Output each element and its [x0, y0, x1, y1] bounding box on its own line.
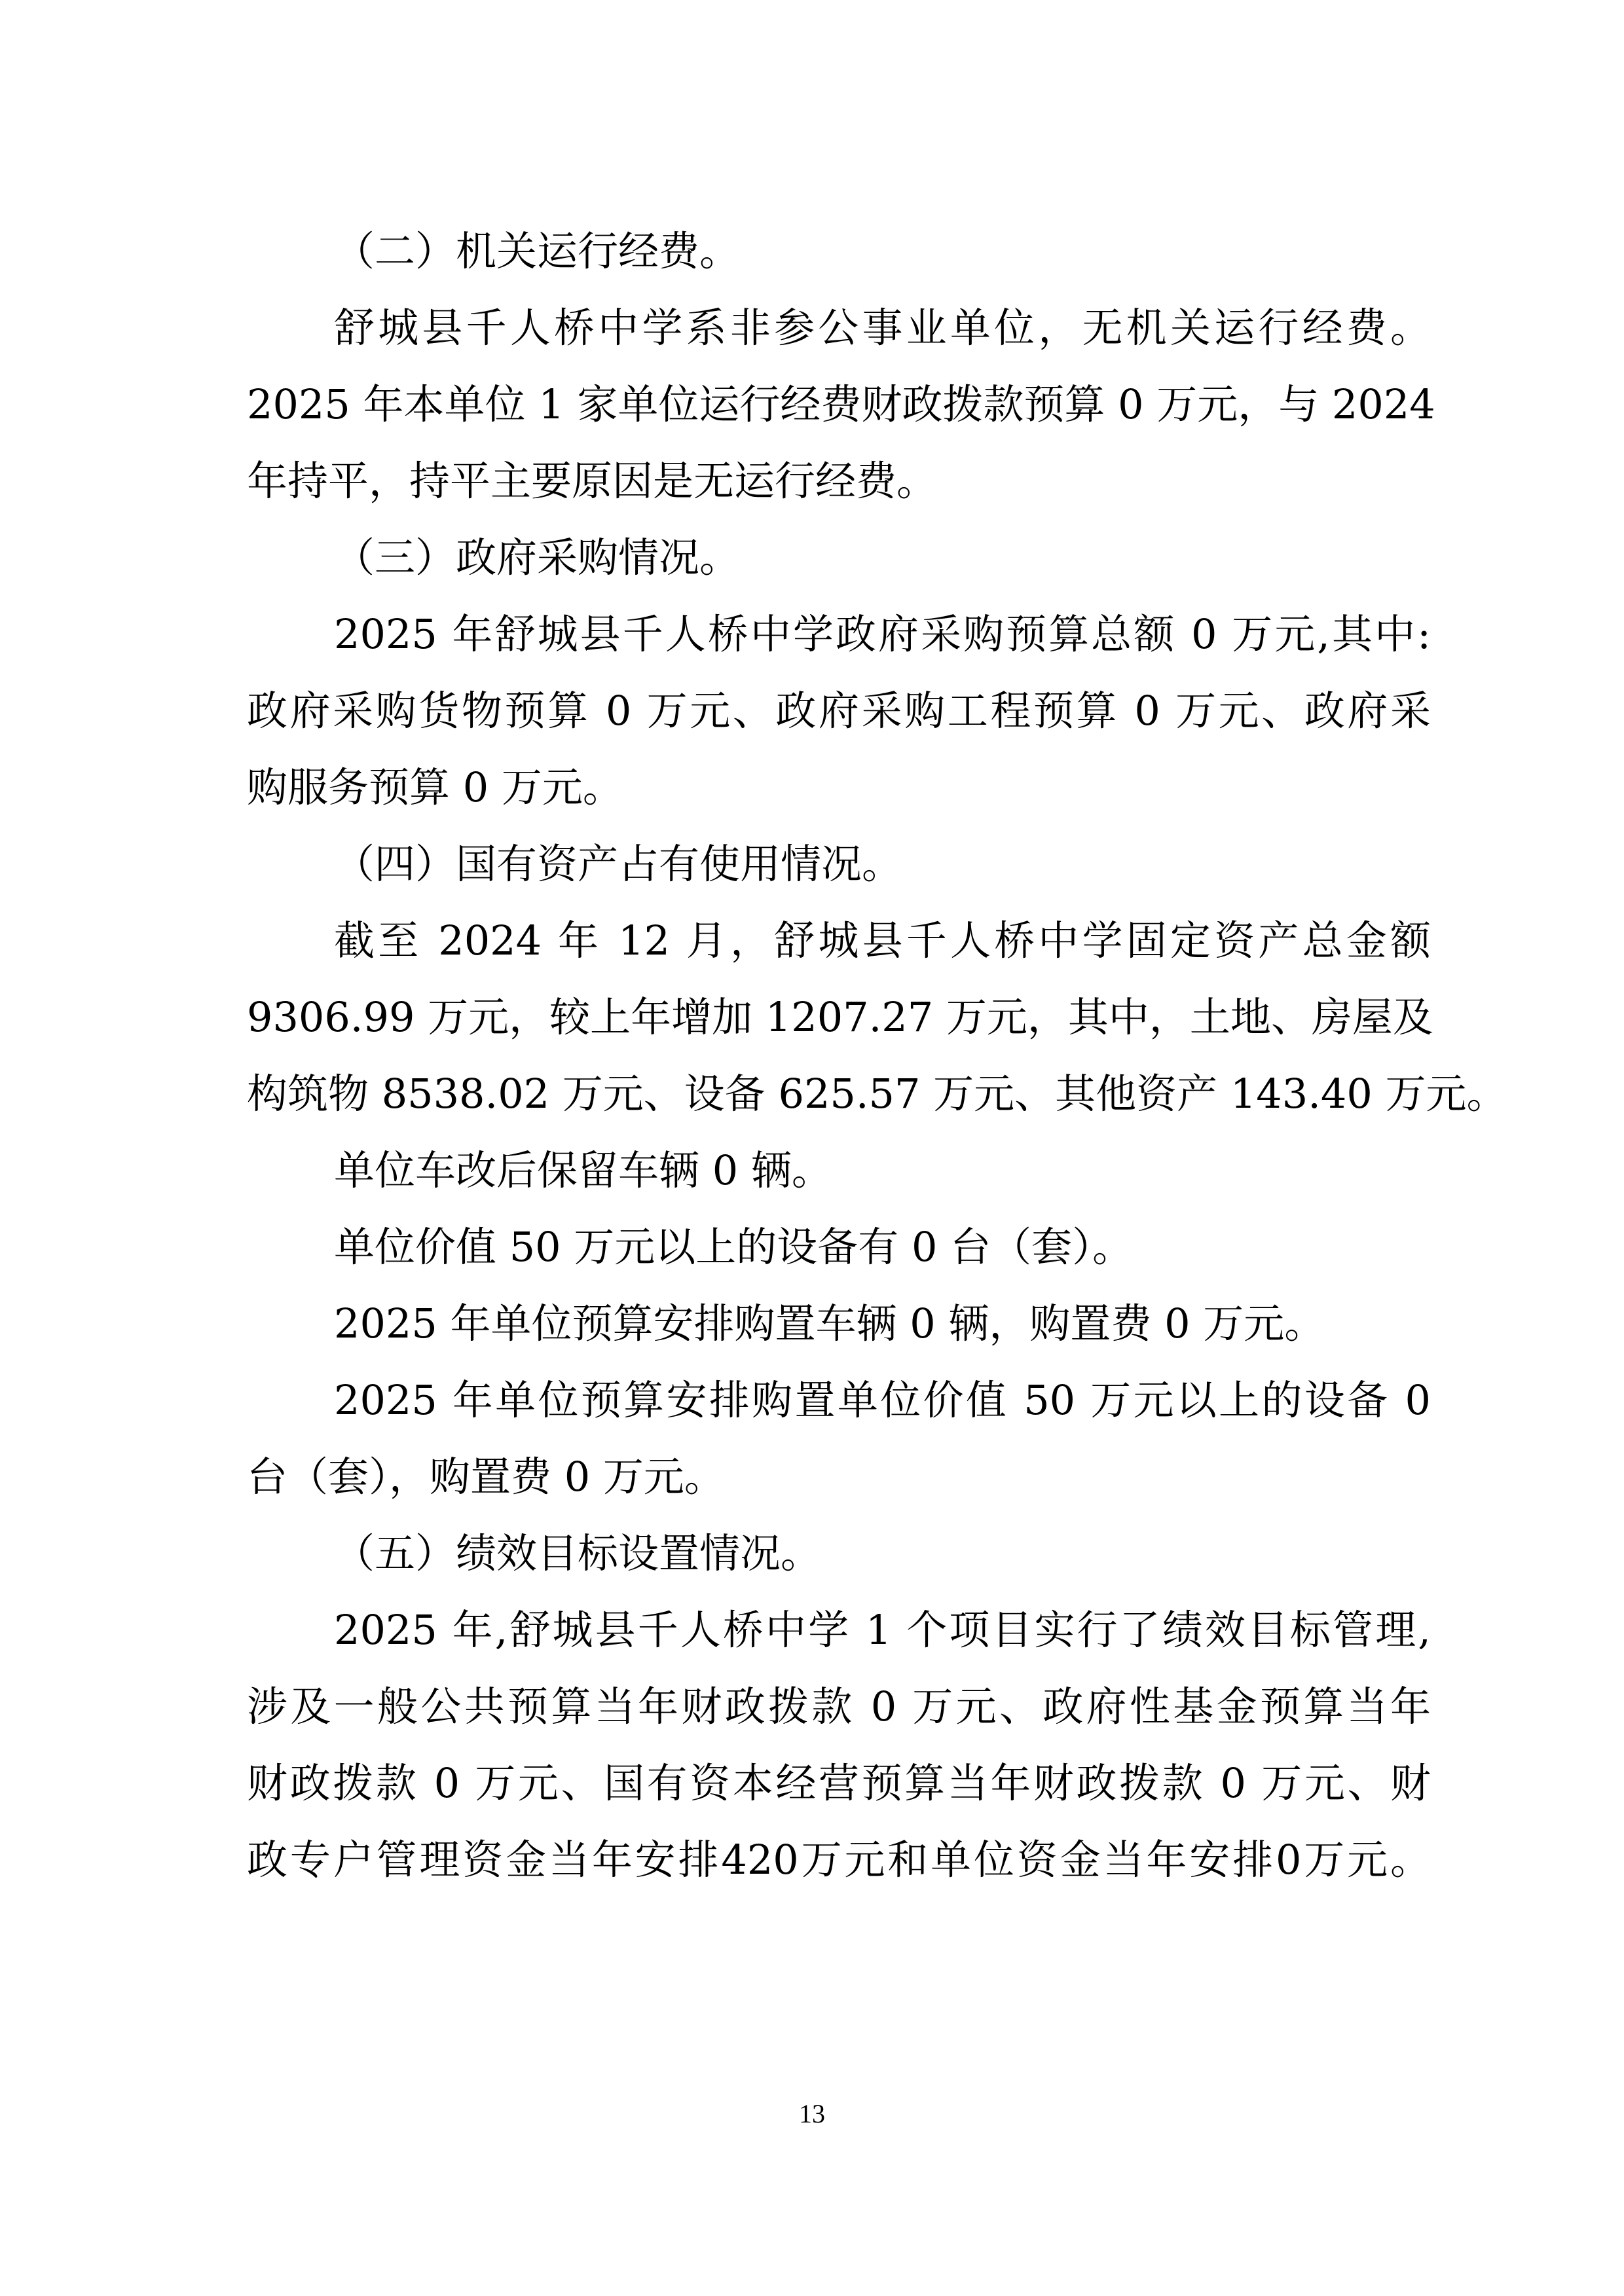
- paragraph-line: 单位车改后保留车辆 0 辆。: [247, 1132, 1431, 1209]
- paragraph-line: 截至 2024 年 12 月，舒城县千人桥中学固定资产总金额: [247, 902, 1431, 979]
- paragraph-line: 9306.99 万元，较上年增加 1207.27 万元，其中，土地、房屋及: [247, 979, 1431, 1055]
- paragraph-line: 年持平，持平主要原因是无运行经费。: [247, 443, 1431, 519]
- paragraph-line: 财政拨款 0 万元、国有资本经营预算当年财政拨款 0 万元、财: [247, 1745, 1431, 1821]
- section-heading-state-assets: （四）国有资产占有使用情况。: [247, 826, 1431, 902]
- paragraph-line: 政专户管理资金当年安排420万元和单位资金当年安排0万元。: [247, 1821, 1431, 1898]
- page-number: 13: [0, 2098, 1624, 2129]
- paragraph-line: 2025 年单位预算安排购置单位价值 50 万元以上的设备 0: [247, 1362, 1431, 1438]
- paragraph-line: 政府采购货物预算 0 万元、政府采购工程预算 0 万元、政府采: [247, 672, 1431, 749]
- paragraph-line: 台（套），购置费 0 万元。: [247, 1438, 1431, 1515]
- paragraph-line: 2025 年单位预算安排购置车辆 0 辆，购置费 0 万元。: [247, 1285, 1431, 1362]
- paragraph-line: 构筑物 8538.02 万元、设备 625.57 万元、其他资产 143.40 …: [247, 1055, 1431, 1132]
- section-heading-operating-expenses: （二）机关运行经费。: [247, 213, 1431, 289]
- paragraph-line: 舒城县千人桥中学系非参公事业单位，无机关运行经费。: [247, 289, 1431, 366]
- document-body: （二）机关运行经费。 舒城县千人桥中学系非参公事业单位，无机关运行经费。 202…: [247, 213, 1431, 1898]
- paragraph-line: 单位价值 50 万元以上的设备有 0 台（套）。: [247, 1209, 1431, 1285]
- paragraph-line: 2025 年,舒城县千人桥中学 1 个项目实行了绩效目标管理,: [247, 1592, 1431, 1668]
- paragraph-line: 2025 年本单位 1 家单位运行经费财政拨款预算 0 万元，与 2024: [247, 366, 1431, 443]
- paragraph-line: 2025 年舒城县千人桥中学政府采购预算总额 0 万元,其中:: [247, 596, 1431, 672]
- section-heading-performance-targets: （五）绩效目标设置情况。: [247, 1515, 1431, 1592]
- paragraph-line: 涉及一般公共预算当年财政拨款 0 万元、政府性基金预算当年: [247, 1668, 1431, 1745]
- section-heading-government-procurement: （三）政府采购情况。: [247, 519, 1431, 596]
- paragraph-line: 购服务预算 0 万元。: [247, 749, 1431, 826]
